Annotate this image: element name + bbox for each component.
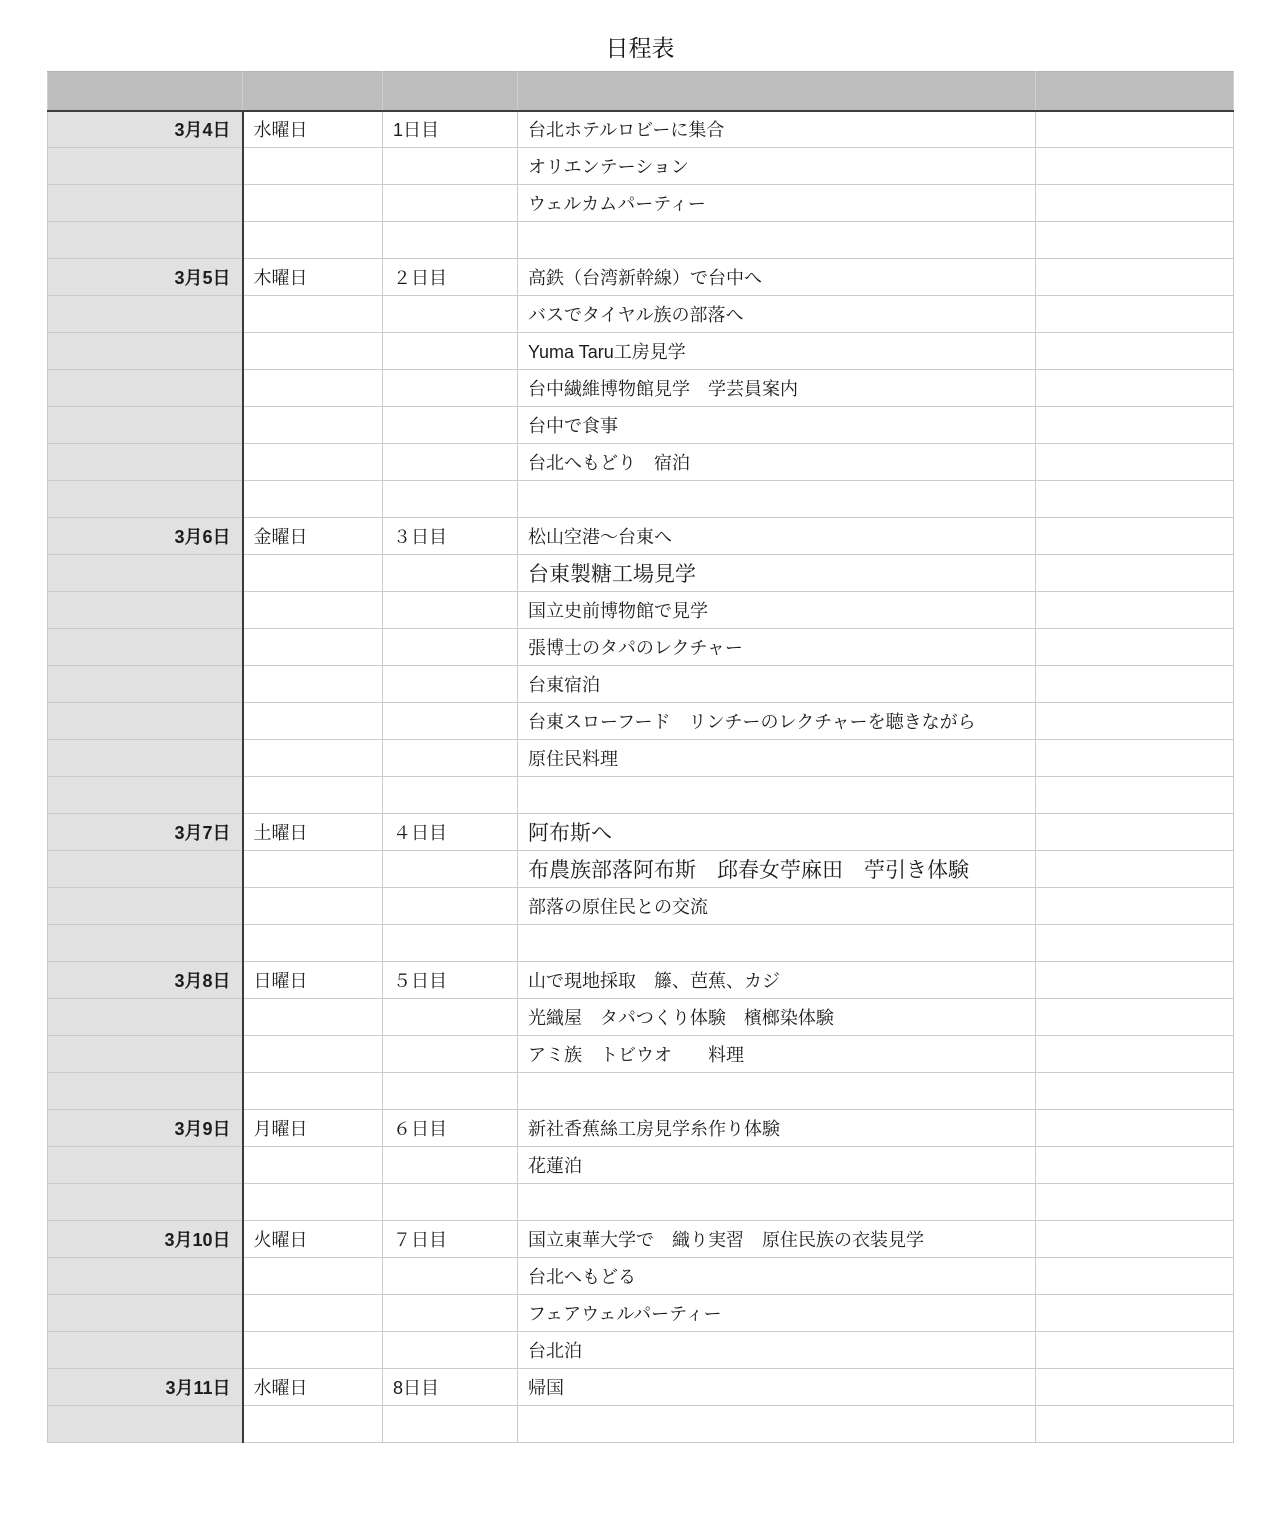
- date-cell: [48, 1147, 243, 1184]
- table-row: 国立史前博物館で見学: [48, 592, 1234, 629]
- table-row: 台中で食事: [48, 407, 1234, 444]
- weekday-cell: [243, 1184, 383, 1221]
- header-cell-2: [243, 72, 383, 111]
- day-number-cell: ２日目: [383, 259, 518, 296]
- day-number-cell: [383, 1073, 518, 1110]
- day-number-cell: [383, 1258, 518, 1295]
- table-row: 台北泊: [48, 1332, 1234, 1369]
- date-cell: [48, 1036, 243, 1073]
- weekday-cell: [243, 666, 383, 703]
- day-number-cell: [383, 629, 518, 666]
- table-row: アミ族 トビウオ 料理: [48, 1036, 1234, 1073]
- table-row: 張博士のタパのレクチャー: [48, 629, 1234, 666]
- notes-cell: [1036, 1073, 1234, 1110]
- date-cell: [48, 444, 243, 481]
- activity-cell: 台北へもどる: [518, 1258, 1036, 1295]
- notes-cell: [1036, 777, 1234, 814]
- notes-cell: [1036, 333, 1234, 370]
- date-cell: [48, 1332, 243, 1369]
- table-row: 花蓮泊: [48, 1147, 1234, 1184]
- date-cell: [48, 370, 243, 407]
- activity-cell: 台中繊維博物館見学 学芸員案内: [518, 370, 1036, 407]
- date-cell: [48, 703, 243, 740]
- day-number-cell: [383, 185, 518, 222]
- date-cell: [48, 1406, 243, 1443]
- activity-cell: 台東スローフード リンチーのレクチャーを聴きながら: [518, 703, 1036, 740]
- table-row: 台東スローフード リンチーのレクチャーを聴きながら: [48, 703, 1234, 740]
- weekday-cell: [243, 555, 383, 592]
- day-number-cell: [383, 666, 518, 703]
- activity-cell: 原住民料理: [518, 740, 1036, 777]
- weekday-cell: [243, 333, 383, 370]
- notes-cell: [1036, 592, 1234, 629]
- table-row: バスでタイヤル族の部落へ: [48, 296, 1234, 333]
- notes-cell: [1036, 296, 1234, 333]
- date-cell: 3月8日: [48, 962, 243, 999]
- notes-cell: [1036, 1110, 1234, 1147]
- table-row: [48, 777, 1234, 814]
- notes-cell: [1036, 1406, 1234, 1443]
- day-number-cell: [383, 555, 518, 592]
- table-row: 3月11日水曜日8日目帰国: [48, 1369, 1234, 1406]
- notes-cell: [1036, 925, 1234, 962]
- table-row: 台東宿泊: [48, 666, 1234, 703]
- date-cell: [48, 666, 243, 703]
- date-cell: 3月6日: [48, 518, 243, 555]
- day-number-cell: ７日目: [383, 1221, 518, 1258]
- activity-cell: 台北へもどり 宿泊: [518, 444, 1036, 481]
- notes-cell: [1036, 1184, 1234, 1221]
- weekday-cell: [243, 888, 383, 925]
- date-cell: [48, 777, 243, 814]
- day-number-cell: [383, 444, 518, 481]
- day-number-cell: [383, 1406, 518, 1443]
- activity-cell: 国立東華大学で 織り実習 原住民族の衣装見学: [518, 1221, 1036, 1258]
- notes-cell: [1036, 740, 1234, 777]
- notes-cell: [1036, 962, 1234, 999]
- notes-cell: [1036, 1295, 1234, 1332]
- activity-cell: 帰国: [518, 1369, 1036, 1406]
- header-cell-5: [1036, 72, 1234, 111]
- weekday-cell: 日曜日: [243, 962, 383, 999]
- weekday-cell: [243, 629, 383, 666]
- activity-cell: 阿布斯へ: [518, 814, 1036, 851]
- notes-cell: [1036, 1369, 1234, 1406]
- day-number-cell: [383, 222, 518, 259]
- activity-cell: [518, 1073, 1036, 1110]
- notes-cell: [1036, 111, 1234, 148]
- date-cell: [48, 185, 243, 222]
- date-cell: [48, 333, 243, 370]
- day-number-cell: [383, 592, 518, 629]
- notes-cell: [1036, 481, 1234, 518]
- notes-cell: [1036, 666, 1234, 703]
- activity-cell: 部落の原住民との交流: [518, 888, 1036, 925]
- table-row: [48, 222, 1234, 259]
- table-row: 3月10日火曜日７日目国立東華大学で 織り実習 原住民族の衣装見学: [48, 1221, 1234, 1258]
- date-cell: [48, 1184, 243, 1221]
- activity-cell: 花蓮泊: [518, 1147, 1036, 1184]
- date-cell: 3月7日: [48, 814, 243, 851]
- day-number-cell: [383, 407, 518, 444]
- date-cell: 3月10日: [48, 1221, 243, 1258]
- date-cell: [48, 925, 243, 962]
- day-number-cell: [383, 1295, 518, 1332]
- notes-cell: [1036, 185, 1234, 222]
- table-row: Yuma Taru工房見学: [48, 333, 1234, 370]
- weekday-cell: 金曜日: [243, 518, 383, 555]
- weekday-cell: [243, 999, 383, 1036]
- table-row: 原住民料理: [48, 740, 1234, 777]
- weekday-cell: 木曜日: [243, 259, 383, 296]
- table-row: [48, 1406, 1234, 1443]
- date-cell: [48, 851, 243, 888]
- date-cell: [48, 740, 243, 777]
- day-number-cell: ４日目: [383, 814, 518, 851]
- weekday-cell: [243, 925, 383, 962]
- table-row: フェアウェルパーティー: [48, 1295, 1234, 1332]
- activity-cell: 台中で食事: [518, 407, 1036, 444]
- notes-cell: [1036, 999, 1234, 1036]
- notes-cell: [1036, 259, 1234, 296]
- notes-cell: [1036, 1258, 1234, 1295]
- notes-cell: [1036, 518, 1234, 555]
- schedule-body: 3月4日水曜日1日目台北ホテルロビーに集合オリエンテーションウェルカムパーティー…: [48, 111, 1234, 1443]
- activity-cell: フェアウェルパーティー: [518, 1295, 1036, 1332]
- notes-cell: [1036, 888, 1234, 925]
- activity-cell: 松山空港〜台東へ: [518, 518, 1036, 555]
- weekday-cell: [243, 592, 383, 629]
- header-cell-3: [383, 72, 518, 111]
- weekday-cell: [243, 1332, 383, 1369]
- day-number-cell: 1日目: [383, 111, 518, 148]
- activity-cell: 光織屋 タパつくり体験 檳榔染体験: [518, 999, 1036, 1036]
- weekday-cell: [243, 1295, 383, 1332]
- day-number-cell: [383, 740, 518, 777]
- day-number-cell: [383, 1036, 518, 1073]
- activity-cell: 国立史前博物館で見学: [518, 592, 1036, 629]
- date-cell: [48, 999, 243, 1036]
- table-row: ウェルカムパーティー: [48, 185, 1234, 222]
- notes-cell: [1036, 1221, 1234, 1258]
- day-number-cell: [383, 703, 518, 740]
- table-row: 3月4日水曜日1日目台北ホテルロビーに集合: [48, 111, 1234, 148]
- date-cell: [48, 1073, 243, 1110]
- notes-cell: [1036, 851, 1234, 888]
- weekday-cell: [243, 444, 383, 481]
- notes-cell: [1036, 555, 1234, 592]
- date-cell: 3月11日: [48, 1369, 243, 1406]
- table-row: 台中繊維博物館見学 学芸員案内: [48, 370, 1234, 407]
- activity-cell: 台東製糖工場見学: [518, 555, 1036, 592]
- weekday-cell: [243, 185, 383, 222]
- activity-cell: ウェルカムパーティー: [518, 185, 1036, 222]
- activity-cell: 台北泊: [518, 1332, 1036, 1369]
- weekday-cell: [243, 1258, 383, 1295]
- date-cell: 3月5日: [48, 259, 243, 296]
- day-number-cell: [383, 370, 518, 407]
- weekday-cell: 火曜日: [243, 1221, 383, 1258]
- activity-cell: 高鉄（台湾新幹線）で台中へ: [518, 259, 1036, 296]
- activity-cell: [518, 925, 1036, 962]
- notes-cell: [1036, 814, 1234, 851]
- activity-cell: 山で現地採取 籐、芭蕉、カジ: [518, 962, 1036, 999]
- date-cell: [48, 555, 243, 592]
- table-row: [48, 481, 1234, 518]
- day-number-cell: [383, 851, 518, 888]
- table-row: [48, 1184, 1234, 1221]
- notes-cell: [1036, 407, 1234, 444]
- weekday-cell: 水曜日: [243, 1369, 383, 1406]
- activity-cell: [518, 1184, 1036, 1221]
- day-number-cell: [383, 999, 518, 1036]
- activity-cell: 布農族部落阿布斯 邱春女苧麻田 苧引き体験: [518, 851, 1036, 888]
- table-row: 3月7日土曜日４日目阿布斯へ: [48, 814, 1234, 851]
- activity-cell: バスでタイヤル族の部落へ: [518, 296, 1036, 333]
- schedule-header-row: [48, 72, 1234, 111]
- weekday-cell: [243, 1406, 383, 1443]
- date-cell: [48, 1258, 243, 1295]
- table-row: 3月5日木曜日２日目高鉄（台湾新幹線）で台中へ: [48, 259, 1234, 296]
- weekday-cell: [243, 407, 383, 444]
- activity-cell: オリエンテーション: [518, 148, 1036, 185]
- table-row: 3月6日金曜日３日目松山空港〜台東へ: [48, 518, 1234, 555]
- table-row: 台北へもどり 宿泊: [48, 444, 1234, 481]
- weekday-cell: [243, 851, 383, 888]
- activity-cell: [518, 1406, 1036, 1443]
- notes-cell: [1036, 629, 1234, 666]
- activity-cell: [518, 222, 1036, 259]
- day-number-cell: ５日目: [383, 962, 518, 999]
- day-number-cell: [383, 888, 518, 925]
- activity-cell: 張博士のタパのレクチャー: [518, 629, 1036, 666]
- notes-cell: [1036, 1332, 1234, 1369]
- day-number-cell: [383, 777, 518, 814]
- weekday-cell: [243, 148, 383, 185]
- table-row: 光織屋 タパつくり体験 檳榔染体験: [48, 999, 1234, 1036]
- weekday-cell: [243, 1147, 383, 1184]
- weekday-cell: [243, 370, 383, 407]
- date-cell: [48, 407, 243, 444]
- weekday-cell: [243, 740, 383, 777]
- table-row: 3月9日月曜日６日目新社香蕉絲工房見学糸作り体験: [48, 1110, 1234, 1147]
- date-cell: [48, 148, 243, 185]
- day-number-cell: [383, 1332, 518, 1369]
- day-number-cell: [383, 148, 518, 185]
- activity-cell: 台北ホテルロビーに集合: [518, 111, 1036, 148]
- date-cell: [48, 296, 243, 333]
- activity-cell: [518, 481, 1036, 518]
- weekday-cell: [243, 777, 383, 814]
- notes-cell: [1036, 370, 1234, 407]
- weekday-cell: [243, 1073, 383, 1110]
- weekday-cell: [243, 1036, 383, 1073]
- day-number-cell: [383, 1147, 518, 1184]
- table-row: [48, 925, 1234, 962]
- weekday-cell: 月曜日: [243, 1110, 383, 1147]
- notes-cell: [1036, 1036, 1234, 1073]
- date-cell: [48, 1295, 243, 1332]
- table-row: 布農族部落阿布斯 邱春女苧麻田 苧引き体験: [48, 851, 1234, 888]
- date-cell: [48, 629, 243, 666]
- table-row: オリエンテーション: [48, 148, 1234, 185]
- weekday-cell: [243, 703, 383, 740]
- table-row: [48, 1073, 1234, 1110]
- notes-cell: [1036, 1147, 1234, 1184]
- day-number-cell: [383, 333, 518, 370]
- day-number-cell: [383, 296, 518, 333]
- weekday-cell: 水曜日: [243, 111, 383, 148]
- header-cell-4: [518, 72, 1036, 111]
- activity-cell: 台東宿泊: [518, 666, 1036, 703]
- activity-cell: [518, 777, 1036, 814]
- table-row: 3月8日日曜日５日目山で現地採取 籐、芭蕉、カジ: [48, 962, 1234, 999]
- weekday-cell: 土曜日: [243, 814, 383, 851]
- date-cell: [48, 888, 243, 925]
- weekday-cell: [243, 296, 383, 333]
- notes-cell: [1036, 222, 1234, 259]
- date-cell: [48, 481, 243, 518]
- table-row: 台北へもどる: [48, 1258, 1234, 1295]
- date-cell: 3月4日: [48, 111, 243, 148]
- weekday-cell: [243, 481, 383, 518]
- header-cell-1: [48, 72, 243, 111]
- activity-cell: Yuma Taru工房見学: [518, 333, 1036, 370]
- date-cell: [48, 222, 243, 259]
- day-number-cell: ６日目: [383, 1110, 518, 1147]
- notes-cell: [1036, 148, 1234, 185]
- day-number-cell: [383, 481, 518, 518]
- day-number-cell: [383, 1184, 518, 1221]
- day-number-cell: ３日目: [383, 518, 518, 555]
- notes-cell: [1036, 444, 1234, 481]
- notes-cell: [1036, 703, 1234, 740]
- date-cell: 3月9日: [48, 1110, 243, 1147]
- activity-cell: 新社香蕉絲工房見学糸作り体験: [518, 1110, 1036, 1147]
- date-cell: [48, 592, 243, 629]
- schedule-table: 3月4日水曜日1日目台北ホテルロビーに集合オリエンテーションウェルカムパーティー…: [47, 71, 1234, 1443]
- day-number-cell: [383, 925, 518, 962]
- weekday-cell: [243, 222, 383, 259]
- activity-cell: アミ族 トビウオ 料理: [518, 1036, 1036, 1073]
- page-title: 日程表: [0, 30, 1280, 63]
- day-number-cell: 8日目: [383, 1369, 518, 1406]
- table-row: 部落の原住民との交流: [48, 888, 1234, 925]
- table-row: 台東製糖工場見学: [48, 555, 1234, 592]
